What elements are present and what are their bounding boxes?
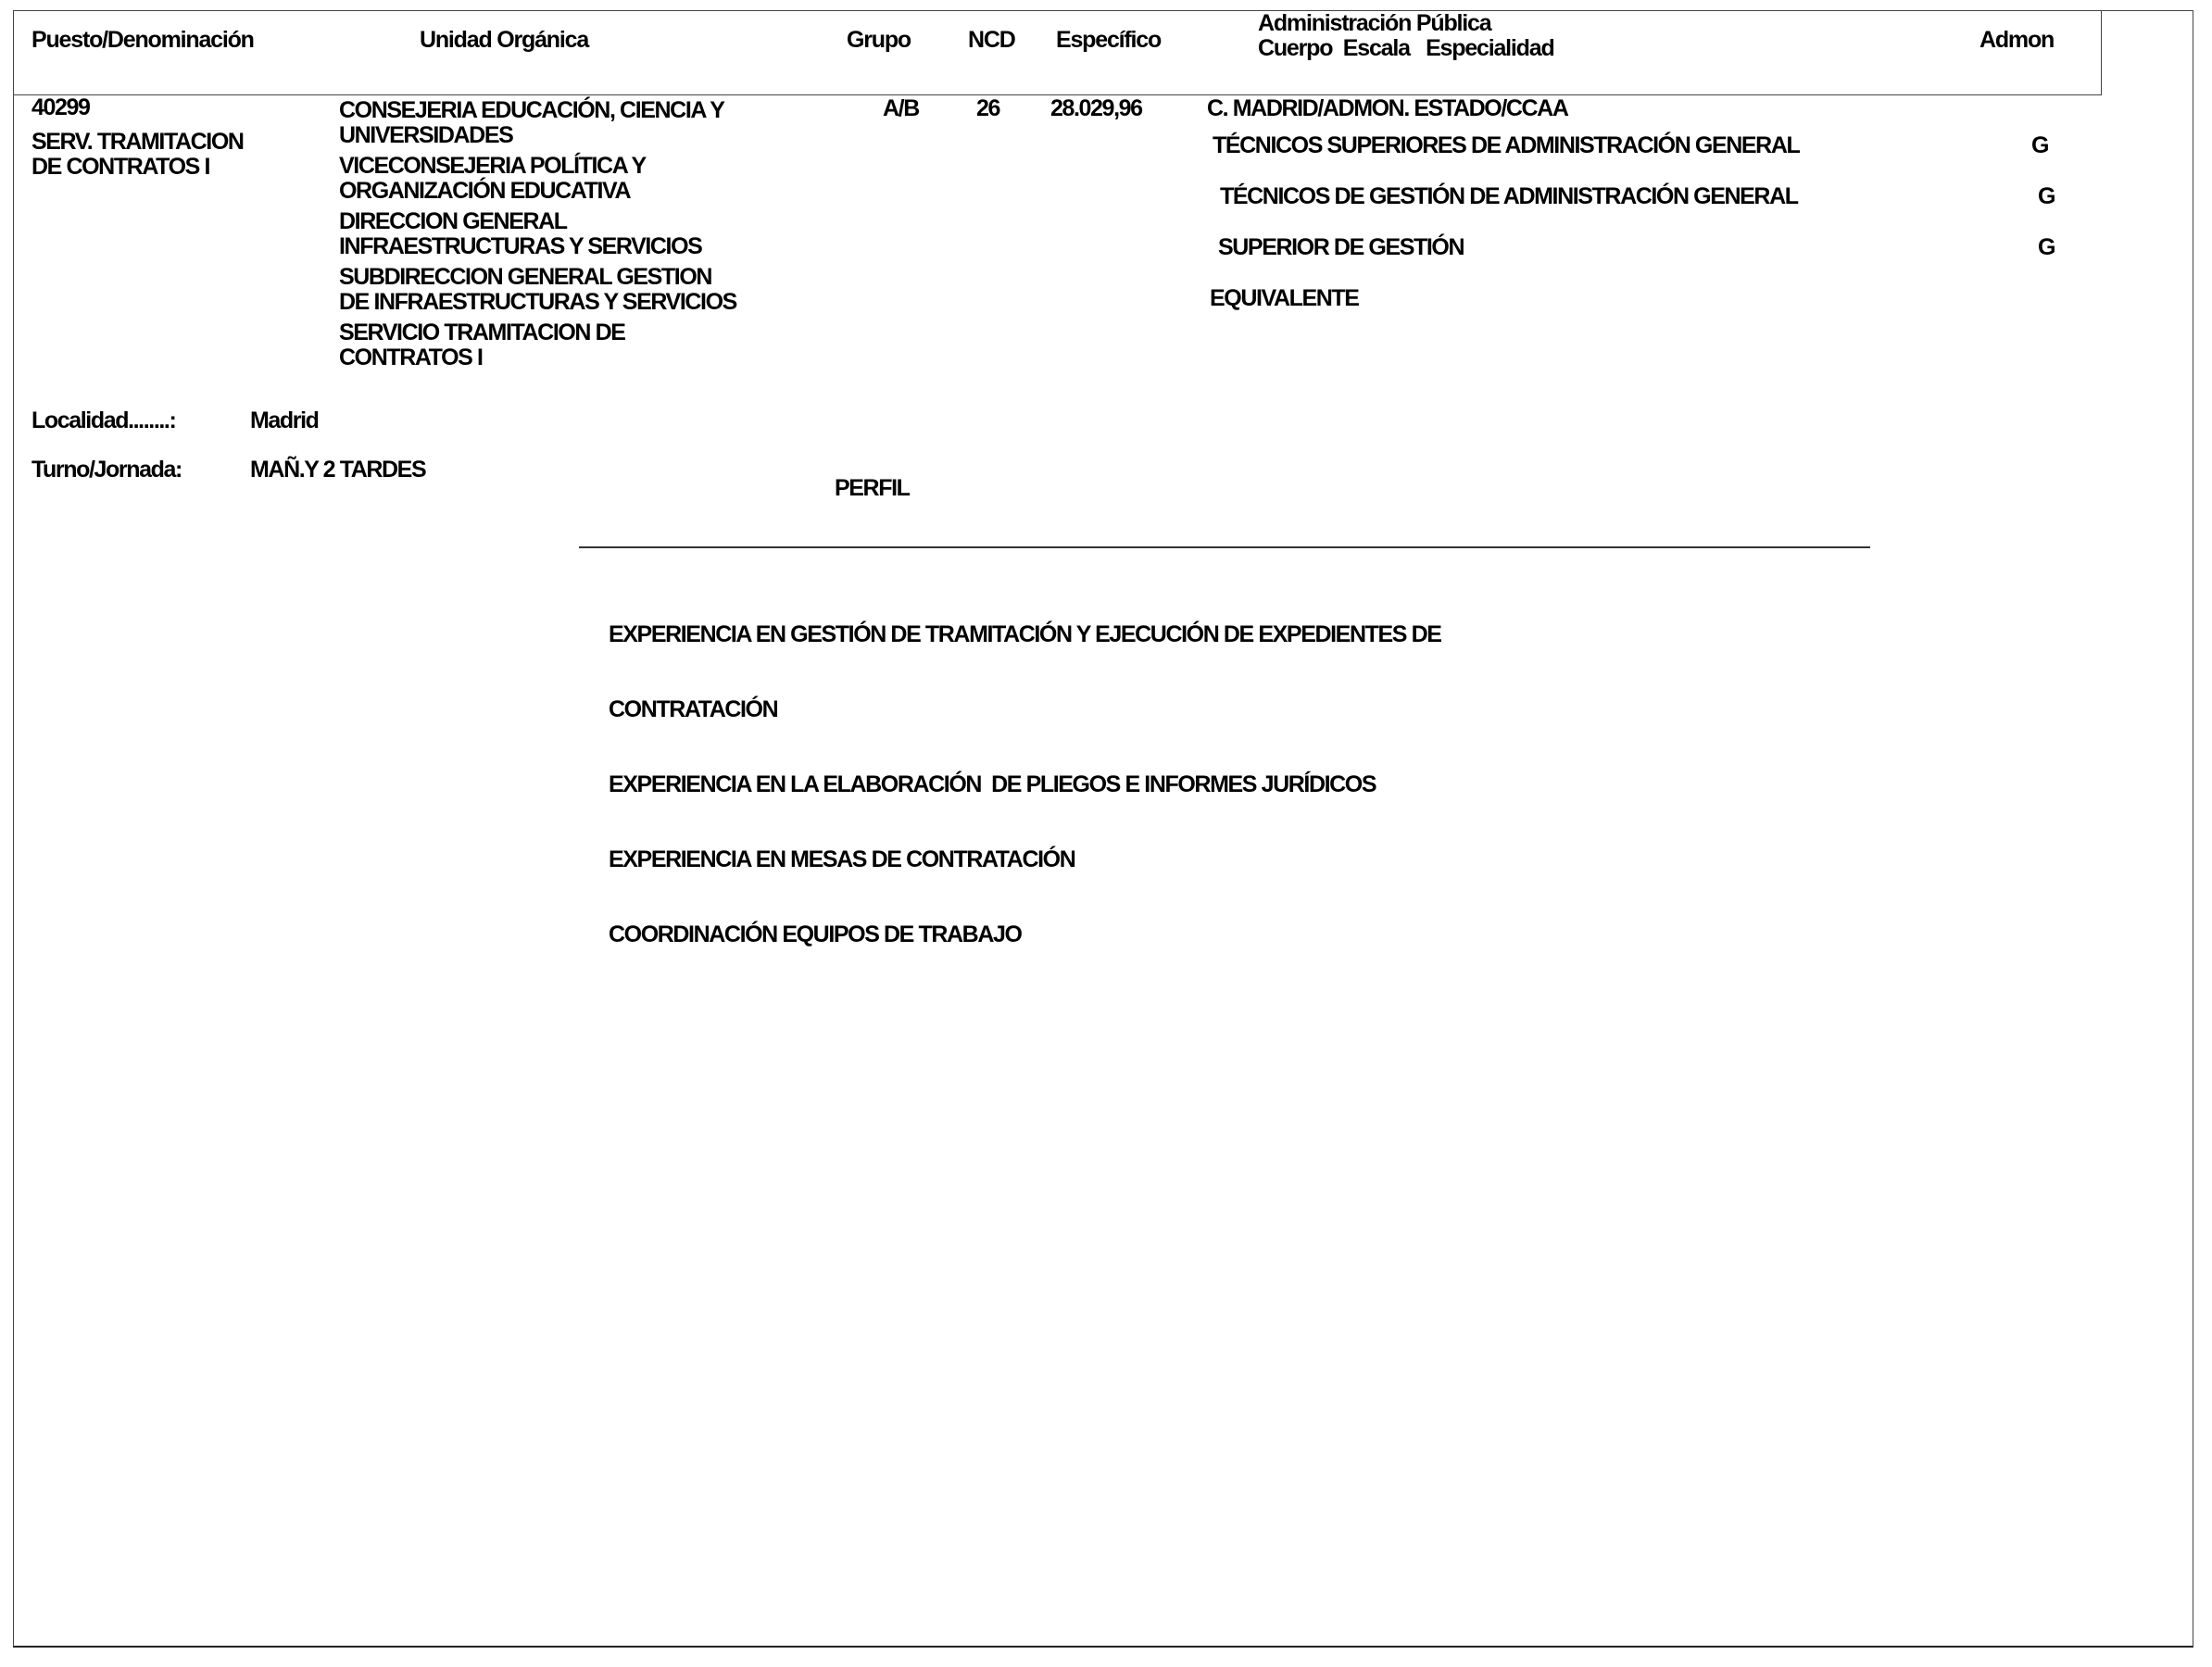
unidad-line: ORGANIZACIÓN EDUCATIVA <box>339 179 736 204</box>
header-administracion-publica: Administración Pública <box>1258 11 1490 36</box>
localidad-value: Madrid <box>250 408 319 433</box>
grupo-value: A/B <box>883 96 919 121</box>
header-admon: Admon <box>1979 28 2054 53</box>
unidad-line: CONTRATOS I <box>339 345 736 370</box>
header-box <box>13 10 2102 95</box>
perfil-divider <box>579 546 1870 548</box>
unidad-group: CONSEJERIA EDUCACIÓN, CIENCIA Y UNIVERSI… <box>339 98 736 148</box>
cuerpo-row-2: TÉCNICOS DE GESTIÓN DE ADMINISTRACIÓN GE… <box>1220 184 1798 209</box>
header-grupo: Grupo <box>847 28 911 53</box>
turno-value: MAÑ.Y 2 TARDES <box>250 457 425 483</box>
unidad-line: UNIVERSIDADES <box>339 123 736 148</box>
perfil-line: COORDINACIÓN EQUIPOS DE TRABAJO <box>609 922 1441 947</box>
header-ncd: NCD <box>968 28 1015 53</box>
cuerpo-row-3-admon: G <box>2038 235 2055 260</box>
unidad-group: SERVICIO TRAMITACION DE CONTRATOS I <box>339 320 736 370</box>
header-especifico: Específico <box>1056 28 1161 53</box>
especifico-value: 28.029,96 <box>1050 96 1142 121</box>
perfil-line: EXPERIENCIA EN LA ELABORACIÓN DE PLIEGOS… <box>609 772 1441 797</box>
unidad-line: SERVICIO TRAMITACION DE <box>339 320 736 345</box>
header-unidad-organica: Unidad Orgánica <box>420 28 588 53</box>
perfil-line: EXPERIENCIA EN GESTIÓN DE TRAMITACIÓN Y … <box>609 622 1441 647</box>
unidad-line: VICECONSEJERIA POLÍTICA Y <box>339 154 736 179</box>
cuerpo-row-4: EQUIVALENTE <box>1210 286 1359 311</box>
denominacion-line: SERV. TRAMITACION <box>31 130 244 155</box>
cuerpo-row-1-admon: G <box>2031 133 2048 158</box>
cuerpo-row-3: SUPERIOR DE GESTIÓN <box>1218 235 1464 260</box>
cuerpo-row-1: TÉCNICOS SUPERIORES DE ADMINISTRACIÓN GE… <box>1213 133 1799 158</box>
unidad-line: DIRECCION GENERAL <box>339 209 736 234</box>
turno-label: Turno/Jornada: <box>31 457 182 483</box>
puesto-code: 40299 <box>31 95 90 120</box>
unidad-group: SUBDIRECCION GENERAL GESTION DE INFRAEST… <box>339 265 736 315</box>
perfil-list: EXPERIENCIA EN GESTIÓN DE TRAMITACIÓN Y … <box>609 572 1441 972</box>
perfil-line: EXPERIENCIA EN MESAS DE CONTRATACIÓN <box>609 847 1441 872</box>
unidad-line: INFRAESTRUCTURAS Y SERVICIOS <box>339 234 736 259</box>
unidad-group: DIRECCION GENERAL INFRAESTRUCTURAS Y SER… <box>339 209 736 259</box>
header-puesto: Puesto/Denominación <box>31 28 254 53</box>
denominacion-line: DE CONTRATOS I <box>31 155 244 180</box>
perfil-line: CONTRATACIÓN <box>609 697 1441 722</box>
perfil-title: PERFIL <box>835 476 910 501</box>
unidad-line: SUBDIRECCION GENERAL GESTION <box>339 265 736 290</box>
unidad-group: VICECONSEJERIA POLÍTICA Y ORGANIZACIÓN E… <box>339 154 736 204</box>
administracion-value: C. MADRID/ADMON. ESTADO/CCAA <box>1207 96 1568 121</box>
ncd-value: 26 <box>976 96 999 121</box>
unidad-line: DE INFRAESTRUCTURAS Y SERVICIOS <box>339 290 736 315</box>
localidad-label: Localidad........: <box>31 408 175 433</box>
unidad-organica: CONSEJERIA EDUCACIÓN, CIENCIA Y UNIVERSI… <box>339 98 736 370</box>
header-cuerpo-escala-especialidad: Cuerpo Escala Especialidad <box>1258 36 1554 61</box>
cuerpo-row-2-admon: G <box>2038 184 2055 209</box>
unidad-line: CONSEJERIA EDUCACIÓN, CIENCIA Y <box>339 98 736 123</box>
puesto-denominacion: SERV. TRAMITACION DE CONTRATOS I <box>31 130 244 180</box>
